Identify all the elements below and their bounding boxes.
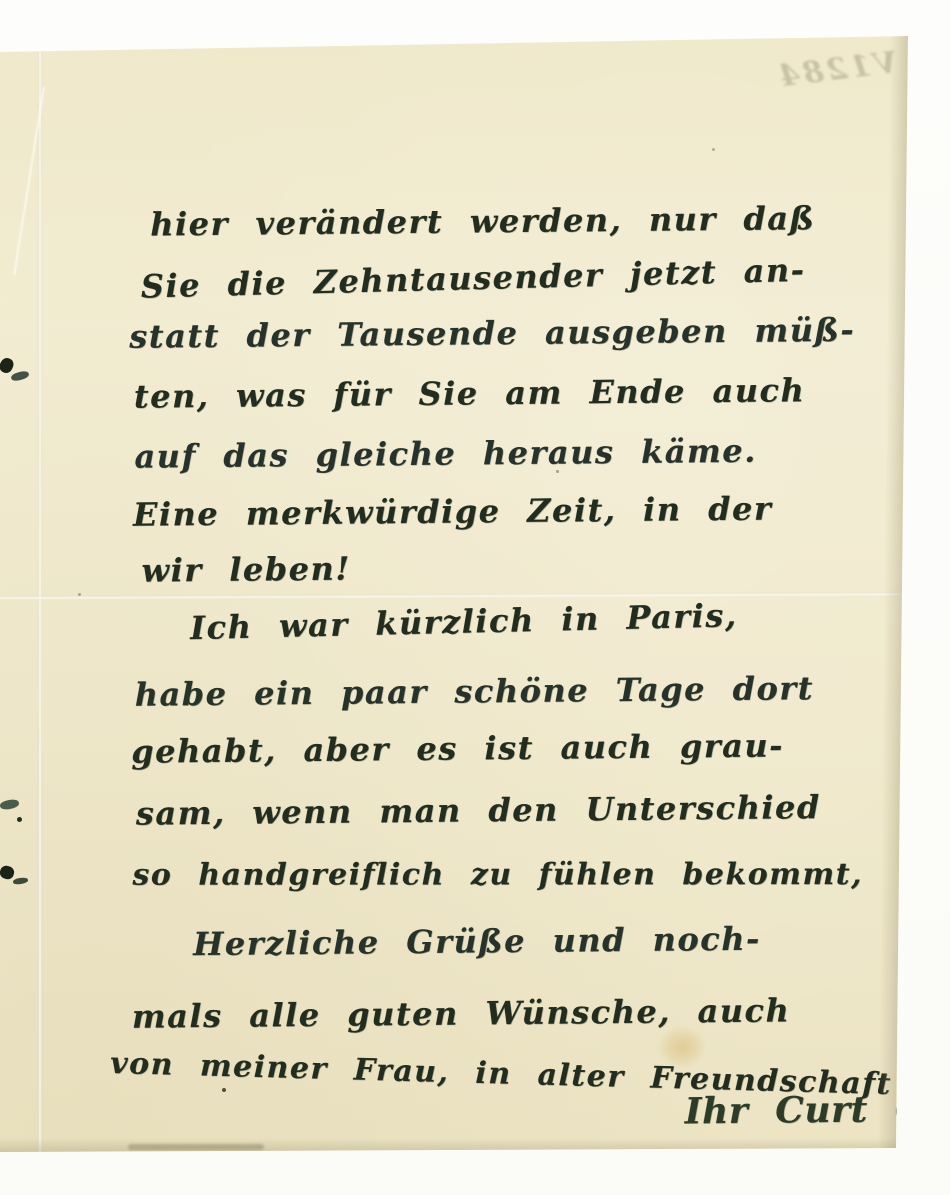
letter-line: so handgreiflich zu fühlen bekommt, (132, 857, 863, 893)
letter-line: hier verändert werden, nur daß (150, 199, 815, 243)
paper-speck (712, 148, 715, 151)
letter-paper: V1284 hier verändert werden, nur daßSie … (0, 0, 950, 1195)
scanned-letter-page: V1284 hier verändert werden, nur daßSie … (0, 0, 950, 1195)
letter-line: Herzliche Grüße und noch- (193, 920, 761, 963)
letter-line: ten, was für Sie am Ende auch (134, 371, 806, 415)
letter-line: wir leben! (141, 550, 351, 590)
paper-speck (78, 593, 81, 596)
letter-body: hier verändert werden, nur daßSie die Ze… (0, 0, 950, 1195)
letter-line: Sie die Zehntausender jetzt an- (140, 251, 806, 306)
signature-line: Ihr Curt Glaser (685, 1087, 950, 1132)
margin-ink-fragment (17, 817, 22, 822)
letter-line: sam, wenn man den Unterschied (136, 788, 821, 833)
letter-line: habe ein paar schöne Tage dort (135, 669, 815, 714)
paper-stain (658, 1026, 706, 1068)
letter-line: statt der Tausende ausgeben müß- (129, 311, 855, 356)
letter-line: Ich war kürzlich in Paris, (190, 596, 738, 647)
letter-line: gehabt, aber es ist auch grau- (131, 726, 784, 770)
paper-edge-smudge (128, 1144, 264, 1150)
paper-speck (556, 470, 559, 473)
letter-line: auf das gleiche heraus käme. (134, 432, 757, 476)
paper-speck (222, 1088, 226, 1092)
letter-line: Eine merkwürdige Zeit, in der (133, 490, 773, 534)
